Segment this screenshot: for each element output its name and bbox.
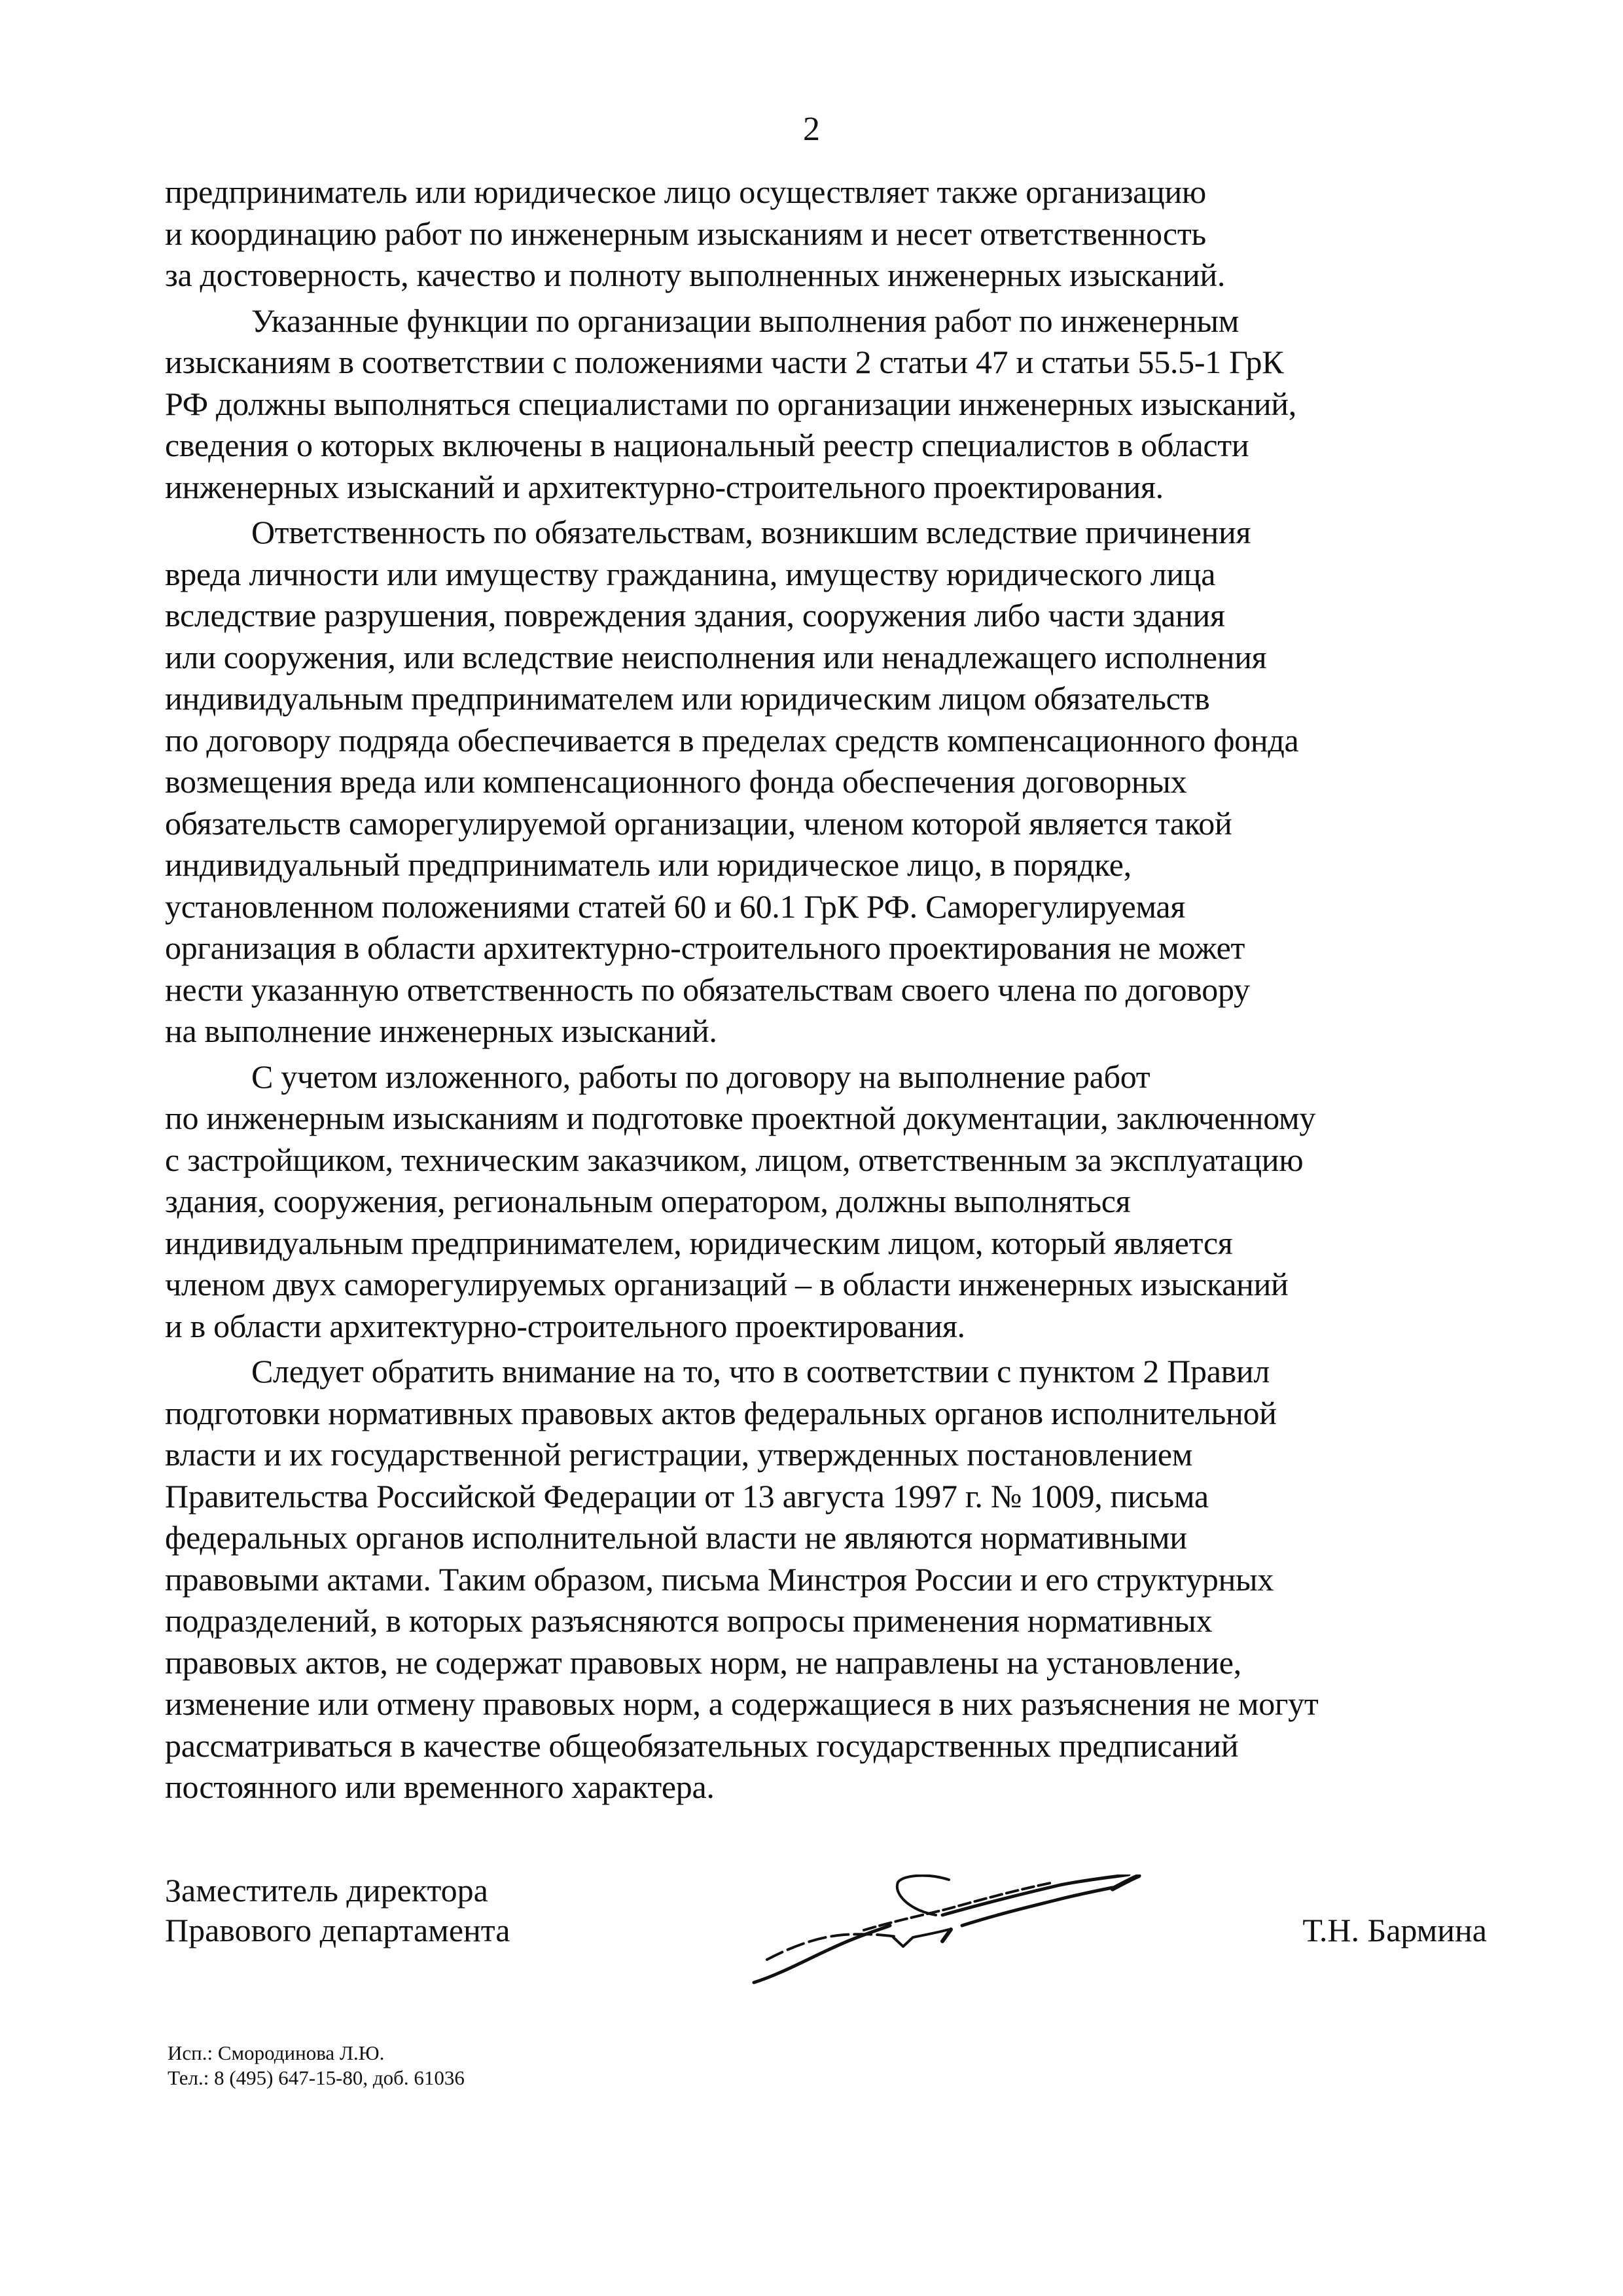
executor-phone: Тел.: 8 (495) 647-15-80, доб. 61036: [168, 2066, 465, 2090]
text-line: подразделений, в которых разъясняются во…: [165, 1600, 1487, 1642]
text-line: подготовки нормативных правовых актов фе…: [165, 1393, 1487, 1435]
text-line: предприниматель или юридическое лицо осу…: [165, 171, 1487, 213]
paragraph-2: Указанные функции по организации выполне…: [165, 300, 1487, 509]
text-line: Следует обратить внимание на то, что в с…: [165, 1351, 1487, 1393]
text-line: по договору подряда обеспечивается в пре…: [165, 720, 1487, 762]
text-line: власти и их государственной регистрации,…: [165, 1434, 1487, 1476]
text-line: правовых актов, не содержат правовых нор…: [165, 1642, 1487, 1684]
position-line-1: Заместитель директора: [165, 1871, 510, 1910]
handwritten-signature-icon: [746, 1874, 1171, 1986]
letter-body: предприниматель или юридическое лицо осу…: [165, 171, 1487, 1812]
text-line: индивидуальным предпринимателем, юридиче…: [165, 1223, 1487, 1265]
text-line: здания, сооружения, региональным операто…: [165, 1181, 1487, 1223]
signatory-name: Т.Н. Бармина: [1302, 1910, 1487, 1950]
text-line: на выполнение инженерных изысканий.: [165, 1011, 1487, 1052]
text-line: сведения о которых включены в национальн…: [165, 425, 1487, 467]
text-line: постоянного или временного характера.: [165, 1767, 1487, 1808]
paragraph-3: Ответственность по обязательствам, возни…: [165, 512, 1487, 1052]
text-line: федеральных органов исполнительной власт…: [165, 1517, 1487, 1559]
text-line: и координацию работ по инженерным изыска…: [165, 213, 1487, 255]
executor-name: Исп.: Смородинова Л.Ю.: [168, 2041, 465, 2066]
text-line: Ответственность по обязательствам, возни…: [165, 512, 1487, 554]
text-line: вследствие разрушения, повреждения здани…: [165, 595, 1487, 637]
text-line: за достоверность, качество и полноту вып…: [165, 255, 1487, 296]
text-line: инженерных изысканий и архитектурно-стро…: [165, 467, 1487, 509]
text-line: и в области архитектурно-строительного п…: [165, 1306, 1487, 1348]
signatory-position: Заместитель директора Правового департам…: [165, 1871, 510, 1950]
text-line: нести указанную ответственность по обяза…: [165, 969, 1487, 1011]
text-line: возмещения вреда или компенсационного фо…: [165, 761, 1487, 803]
text-line: организация в области архитектурно-строи…: [165, 927, 1487, 969]
text-line: С учетом изложенного, работы по договору…: [165, 1056, 1487, 1098]
text-line: установленном положениями статей 60 и 60…: [165, 886, 1487, 928]
text-line: членом двух саморегулируемых организаций…: [165, 1264, 1487, 1306]
text-line: с застройщиком, техническим заказчиком, …: [165, 1139, 1487, 1181]
paragraph-5: Следует обратить внимание на то, что в с…: [165, 1351, 1487, 1808]
text-line: индивидуальным предпринимателем или юрид…: [165, 678, 1487, 720]
text-line: правовыми актами. Таким образом, письма …: [165, 1559, 1487, 1601]
text-line: обязательств саморегулируемой организаци…: [165, 803, 1487, 845]
text-line: РФ должны выполняться специалистами по о…: [165, 384, 1487, 425]
executor-info: Исп.: Смородинова Л.Ю. Тел.: 8 (495) 647…: [168, 2041, 465, 2090]
signature-block: Заместитель директора Правового департам…: [165, 1871, 1487, 2001]
text-line: по инженерным изысканиям и подготовке пр…: [165, 1098, 1487, 1139]
text-line: или сооружения, или вследствие неисполне…: [165, 637, 1487, 679]
text-line: изменение или отмену правовых норм, а со…: [165, 1683, 1487, 1725]
text-line: вреда личности или имуществу гражданина,…: [165, 554, 1487, 596]
text-line: рассматриваться в качестве общеобязатель…: [165, 1725, 1487, 1767]
page-number: 2: [0, 110, 1623, 149]
paragraph-1: предприниматель или юридическое лицо осу…: [165, 171, 1487, 296]
paragraph-4: С учетом изложенного, работы по договору…: [165, 1056, 1487, 1348]
text-line: изысканиям в соответствии с положениями …: [165, 342, 1487, 384]
text-line: индивидуальный предприниматель или юриди…: [165, 844, 1487, 886]
text-line: Указанные функции по организации выполне…: [165, 300, 1487, 342]
position-line-2: Правового департамента: [165, 1910, 510, 1950]
text-line: Правительства Российской Федерации от 13…: [165, 1476, 1487, 1518]
